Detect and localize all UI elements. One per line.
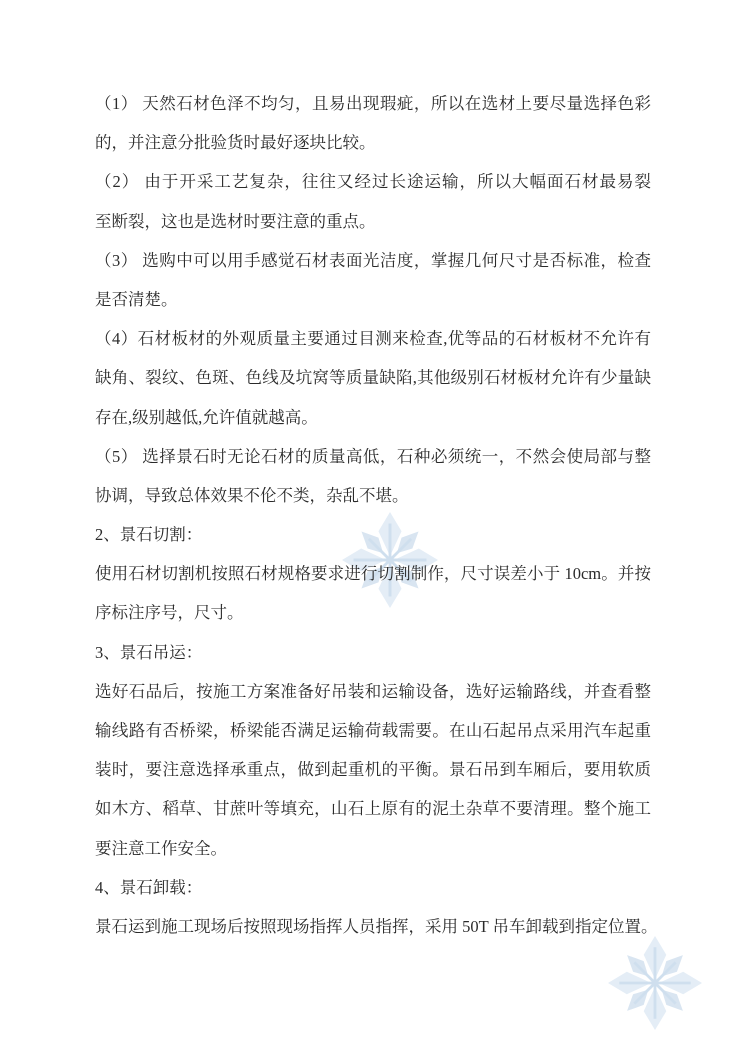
doc-line: 如木方、稻草、甘蔗叶等填充，山石上原有的泥土杂草不要清理。整个施工现场 (95, 789, 651, 828)
doc-line: 装时，要注意选择承重点，做到起重机的平衡。景石吊到车厢后，要用软质材料， (95, 750, 651, 789)
section-heading-3: 3、景石吊运： (95, 633, 651, 672)
paragraph-list-item-3: （3） 选购中可以用手感觉石材表面光洁度，掌握几何尺寸是否标准，检查纹理 是否清… (95, 241, 651, 319)
paragraph-section-4-body: 景石运到施工现场后按照现场指挥人员指挥，采用 50T 吊车卸载到指定位置。 (95, 907, 651, 946)
paragraph-list-item-5: （5） 选择景石时无论石材的质量高低，石种必须统一，不然会使局部与整体不 协调，… (95, 437, 651, 515)
doc-line: 景石运到施工现场后按照现场指挥人员指挥，采用 50T 吊车卸载到指定位置。 (95, 907, 651, 946)
doc-line: （5） 选择景石时无论石材的质量高低，石种必须统一，不然会使局部与整体不 (95, 437, 651, 476)
doc-line: 要注意工作安全。 (95, 829, 651, 868)
doc-line: 的，并注意分批验货时最好逐块比较。 (95, 123, 651, 162)
paragraph-list-item-1: （1） 天然石材色泽不均匀，且易出现瑕疵，所以在选材上要尽量选择色彩协调 的，并… (95, 84, 651, 162)
doc-line: 输线路有否桥梁，桥梁能否满足运输荷载需要。在山石起吊点采用汽车起重机吊 (95, 711, 651, 750)
doc-line: 序标注序号，尺寸。 (95, 593, 651, 632)
document-page: （1） 天然石材色泽不均匀，且易出现瑕疵，所以在选材上要尽量选择色彩协调 的，并… (0, 0, 744, 1052)
doc-line: （3） 选购中可以用手感觉石材表面光洁度，掌握几何尺寸是否标准，检查纹理 (95, 241, 651, 280)
doc-line: 是否清楚。 (95, 280, 651, 319)
doc-line: 2、景石切割： (95, 515, 651, 554)
doc-line: （4）石材板材的外观质量主要通过目测来检查,优等品的石材板材不允许有缺棱、 (95, 319, 651, 358)
doc-line: 协调，导致总体效果不伦不类，杂乱不堪。 (95, 476, 651, 515)
doc-line: （2） 由于开采工艺复杂，往往又经过长途运输，所以大幅面石材最易裂缝。甚 (95, 162, 651, 201)
doc-line: 存在,级别越低,允许值就越高。 (95, 398, 651, 437)
section-heading-2: 2、景石切割： (95, 515, 651, 554)
paragraph-section-2-body: 使用石材切割机按照石材规格要求进行切割制作，尺寸误差小于 10cm。并按照顺 序… (95, 554, 651, 632)
section-heading-4: 4、景石卸载： (95, 868, 651, 907)
doc-line: （1） 天然石材色泽不均匀，且易出现瑕疵，所以在选材上要尽量选择色彩协调 (95, 84, 651, 123)
doc-line: 4、景石卸载： (95, 868, 651, 907)
doc-line: 选好石品后，按施工方案准备好吊装和运输设备，选好运输路线，并查看整条运 (95, 672, 651, 711)
paragraph-section-3-body: 选好石品后，按施工方案准备好吊装和运输设备，选好运输路线，并查看整条运 输线路有… (95, 672, 651, 868)
snowflake-watermark-icon (608, 936, 702, 1030)
doc-line: 至断裂，这也是选材时要注意的重点。 (95, 202, 651, 241)
paragraph-list-item-2: （2） 由于开采工艺复杂，往往又经过长途运输，所以大幅面石材最易裂缝。甚 至断裂… (95, 162, 651, 240)
doc-line: 3、景石吊运： (95, 633, 651, 672)
paragraph-list-item-4: （4）石材板材的外观质量主要通过目测来检查,优等品的石材板材不允许有缺棱、 缺角… (95, 319, 651, 437)
doc-line: 使用石材切割机按照石材规格要求进行切割制作，尺寸误差小于 10cm。并按照顺 (95, 554, 651, 593)
doc-line: 缺角、裂纹、色斑、色线及坑窝等质量缺陷,其他级别石材板材允许有少量缺陷 (95, 358, 651, 397)
document-body: （1） 天然石材色泽不均匀，且易出现瑕疵，所以在选材上要尽量选择色彩协调 的，并… (95, 84, 651, 946)
